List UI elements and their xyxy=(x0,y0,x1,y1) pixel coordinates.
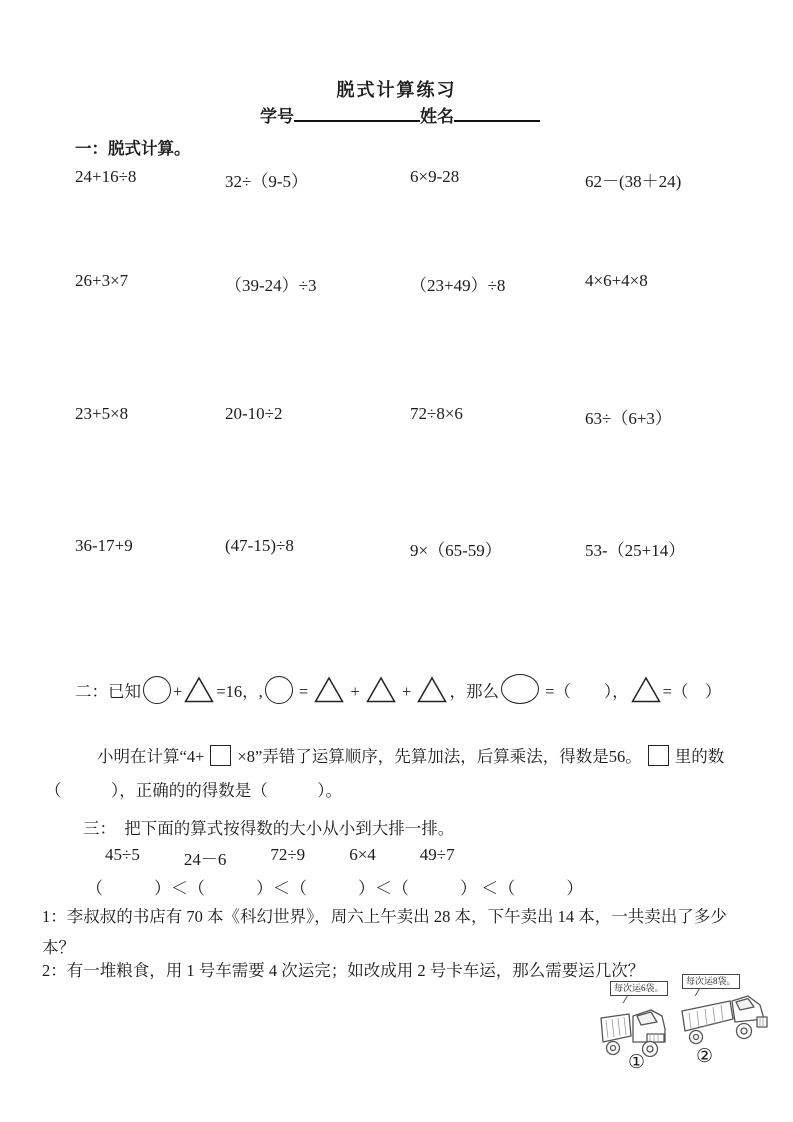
section2-text: 二：已知 xyxy=(75,682,141,701)
section3-heading: 三： 把下面的算式按得数的大小从小到大排一排。 xyxy=(83,815,454,839)
student-id-label: 学号 xyxy=(260,107,294,126)
section2-text: =（ ）， xyxy=(545,682,629,701)
expression: （39-24）÷3 xyxy=(225,271,410,296)
circle-shape xyxy=(265,676,293,704)
expression: 24－6 xyxy=(184,845,227,870)
section2-text: = xyxy=(299,682,308,701)
section2-text: + xyxy=(350,682,359,701)
note-text: ×8”弄错了运算顺序，先算加法，后算乘法，得数是56。 xyxy=(237,747,641,766)
triangle-shape xyxy=(417,676,447,703)
expression: 9×（65-59） xyxy=(410,536,585,561)
note-text: 小明在计算“4+ xyxy=(97,747,204,766)
square-box-shape xyxy=(210,745,231,766)
expression: 26+3×7 xyxy=(75,271,225,296)
truck2-capacity-bubble: 每次运8袋。 xyxy=(682,974,740,989)
section2-text: + xyxy=(402,682,411,701)
expression: 63÷（6+3） xyxy=(585,404,745,429)
expression-row-3: 23+5×8 20-10÷2 72÷8×6 63÷（6+3） xyxy=(75,404,745,429)
expression-row-4: 36-17+9 (47-15)÷8 9×（65-59） 53-（25+14） xyxy=(75,536,745,561)
truck-2-illustration xyxy=(680,989,776,1049)
word-problem-1: 1：李叔叔的书店有 70 本《科幻世界》，周六上午卖出 28 本，下午卖出 14… xyxy=(42,901,758,963)
circle-shape xyxy=(143,676,171,704)
truck1-capacity-bubble: 每次运6袋。 xyxy=(610,981,668,996)
expression: (47-15)÷8 xyxy=(225,536,410,561)
expression: 36-17+9 xyxy=(75,536,225,561)
section2-text: + xyxy=(173,682,182,701)
section3-expressions: 45÷5 24－6 72÷9 6×4 49÷7 xyxy=(105,845,455,870)
student-name-blank xyxy=(454,104,540,122)
section1-heading: 一：脱式计算。 xyxy=(75,135,191,159)
section2-text: ，那么 xyxy=(449,682,499,701)
expression: 6×4 xyxy=(349,845,376,870)
expression-row-2: 26+3×7 （39-24）÷3 （23+49）÷8 4×6+4×8 xyxy=(75,271,745,296)
expression: 32÷（9-5） xyxy=(225,167,410,192)
expression: 4×6+4×8 xyxy=(585,271,745,296)
expression: 6×9-28 xyxy=(410,167,585,192)
truck-1-illustration xyxy=(598,1001,680,1057)
triangle-shape xyxy=(314,676,344,703)
comparison-blanks-line: （ ）＜（ ）＜（ ）＜（ ） ＜（ ） xyxy=(86,874,583,899)
student-name-label: 姓名 xyxy=(420,107,454,126)
expression: 72÷8×6 xyxy=(410,404,585,429)
expression: 53-（25+14） xyxy=(585,536,745,561)
expression: 23+5×8 xyxy=(75,404,225,429)
expression: 20-10÷2 xyxy=(225,404,410,429)
xiaoming-note: 小明在计算“4+×8”弄错了运算顺序，先算加法，后算乘法，得数是56。里的数（ … xyxy=(45,740,759,808)
triangle-shape xyxy=(631,676,661,703)
section2-shape-equation: 二：已知+=16，, = + + ，那么 =（ ），=（ ） xyxy=(75,674,790,704)
triangle-shape xyxy=(184,676,214,703)
page-title: 脱式计算练习 xyxy=(0,76,793,102)
section2-text: =（ ） xyxy=(663,682,722,701)
triangle-shape xyxy=(366,676,396,703)
expression: 49÷7 xyxy=(420,845,455,870)
expression: 72÷9 xyxy=(270,845,305,870)
expression: 24+16÷8 xyxy=(75,167,225,192)
expression: （23+49）÷8 xyxy=(410,271,585,296)
truck-illustrations: 每次运6袋。 每次运8袋。 ① ② xyxy=(598,973,790,1085)
expression: 45÷5 xyxy=(105,845,140,870)
student-id-blank xyxy=(294,104,420,122)
student-info-line: 学号姓名 xyxy=(260,102,540,127)
square-box-shape xyxy=(648,745,669,766)
expression-row-1: 24+16÷8 32÷（9-5） 6×9-28 62－(38＋24) xyxy=(75,167,745,192)
section2-text: =16，, xyxy=(216,682,262,701)
truck2-number-label: ② xyxy=(696,1045,713,1068)
circle-shape xyxy=(501,674,539,704)
truck1-number-label: ① xyxy=(628,1051,645,1074)
expression: 62－(38＋24) xyxy=(585,167,745,192)
